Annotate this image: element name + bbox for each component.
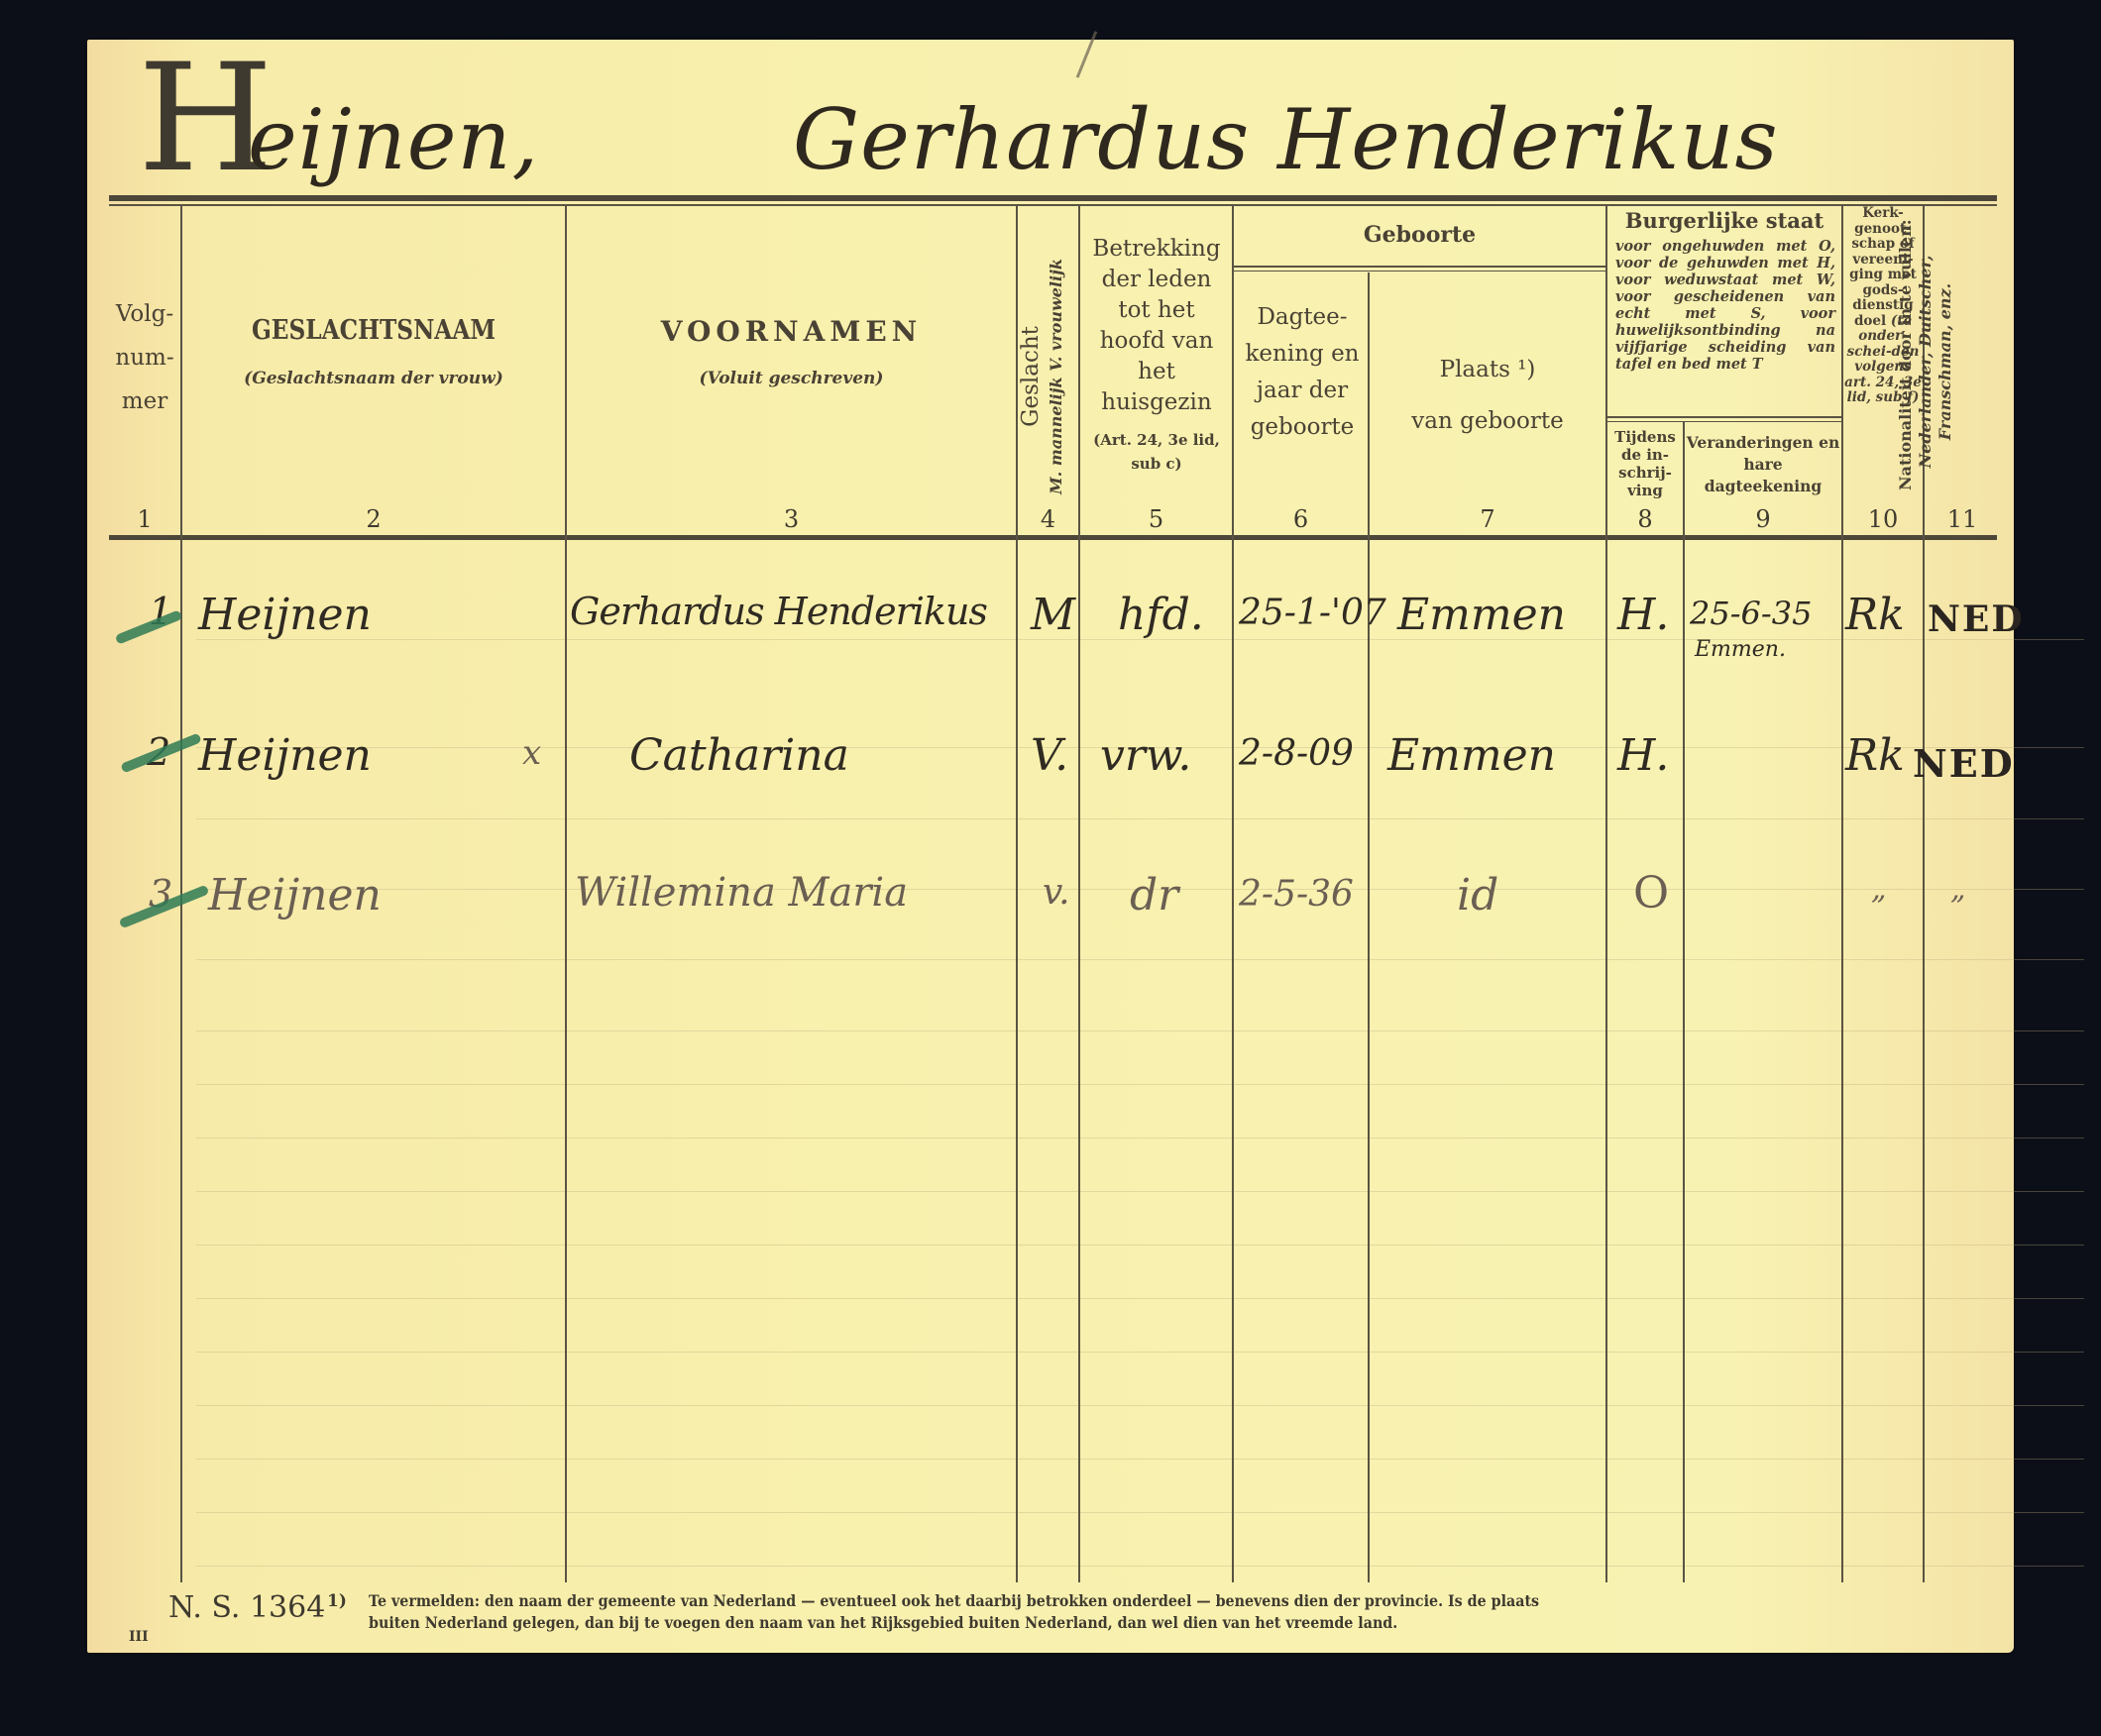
header-geslachtsnaam: GESLACHTSNAAM [209, 315, 538, 346]
header-voornamen: VOORNAMEN [567, 315, 1016, 348]
row-nationaliteit: „ [1950, 872, 1966, 907]
ruled-line [196, 1245, 2084, 1246]
ruled-line [196, 1352, 2084, 1353]
row-betrekking: vrw. [1100, 730, 1191, 781]
column-divider [1232, 205, 1234, 1582]
row-nationaliteit-stamp: NED [1928, 598, 2025, 640]
row-kerkgenootschap: „ [1871, 872, 1887, 907]
row-geslachtsnaam: Heijnen [208, 870, 382, 921]
column-number-10: 10 [1843, 505, 1923, 533]
header-betrekking: Betrekking der leden tot het hoofd van h… [1082, 234, 1231, 418]
column-divider [565, 205, 567, 1582]
column-number-6: 6 [1234, 505, 1368, 533]
header-geslacht: Geslacht M. mannelijk V. vrouwelijk [1018, 238, 1077, 515]
ruled-line [196, 1031, 2084, 1031]
row-geboortedatum: 2-5-36 [1239, 874, 1354, 915]
row-mark: x [522, 733, 541, 773]
row-geslacht: V. [1031, 730, 1068, 781]
row-betrekking: dr [1130, 870, 1178, 921]
header-geslacht-sub: M. mannelijk V. vrouwelijk [1044, 238, 1069, 515]
column-number-3: 3 [567, 505, 1016, 533]
footnote-line-1: Te vermelden: den naam der gemeente van … [369, 1591, 1659, 1610]
ruled-line [196, 959, 2084, 960]
row-kerkgenootschap: Rk [1845, 730, 1905, 781]
ruled-line [196, 1405, 2084, 1406]
header-burgerlijke-staat: Burgerlijke staat [1607, 208, 1841, 233]
title-given-names: Gerhardus Henderikus [793, 91, 1779, 188]
row-nationaliteit-stamp: NED [1913, 741, 2015, 786]
ruled-line [196, 818, 2084, 819]
header-nationaliteit-label: Nationaliteit door in te vullen: [1896, 233, 1916, 490]
column-number-5: 5 [1080, 505, 1232, 533]
geboorte-rule [1233, 266, 1605, 268]
title-surname: eijnen, [248, 91, 539, 188]
header-geslacht-label: Geslacht [1018, 238, 1044, 515]
row-betrekking: hfd. [1118, 590, 1204, 640]
row-kerkgenootschap: Rk [1845, 590, 1905, 640]
row-voornamen: Willemina Maria [575, 870, 908, 916]
header-veranderingen: Veranderingen en hare dagteekening [1685, 432, 1841, 497]
footnote-line-2: buiten Nederland gelegen, dan bij te voe… [369, 1613, 1659, 1632]
column-divider [1683, 421, 1685, 1582]
row-burgerlijke-staat: O [1633, 868, 1669, 919]
column-divider [1078, 205, 1080, 1582]
form-series: III [129, 1629, 149, 1645]
row-geboorteplaats: Emmen [1387, 730, 1556, 781]
header-volgnummer: Volg- num- mer [109, 292, 180, 423]
header-bottom-rule [109, 535, 1997, 540]
row-geboorteplaats: Emmen [1397, 590, 1566, 640]
column-number-8: 8 [1607, 505, 1683, 533]
header-burgerlijke-description: voor ongehuwden met O, voor de gehuwden … [1615, 238, 1835, 373]
ruled-line [196, 1298, 2084, 1299]
column-number-4: 4 [1018, 505, 1078, 533]
geboorte-rule-thin [1233, 271, 1605, 271]
row-geboortedatum: 25-1-'07 [1239, 593, 1386, 633]
ruled-line [196, 1459, 2084, 1460]
burgerlijke-rule [1606, 416, 1841, 418]
row-veranderingen: 25-6-35 [1690, 595, 1812, 632]
title-rule [109, 195, 1997, 201]
footnote-marker: 1) [327, 1591, 347, 1611]
ruled-line [196, 1191, 2084, 1192]
row-voornamen: Gerhardus Henderikus [570, 590, 987, 633]
header-plaats-sub: van geboorte [1370, 408, 1605, 434]
row-veranderingen-plaats: Emmen. [1695, 637, 1786, 662]
row-geboorteplaats: id [1457, 870, 1498, 921]
column-divider [1841, 205, 1843, 1582]
ruled-line [196, 1084, 2084, 1085]
header-geslachtsnaam-sub: (Geslachtsnaam der vrouw) [182, 369, 565, 388]
row-geslacht: v. [1043, 872, 1070, 913]
column-number-7: 7 [1370, 505, 1605, 533]
header-plaats: Plaats ¹) [1370, 357, 1605, 382]
form-code: N. S. 1364 [168, 1590, 325, 1625]
row-geslachtsnaam: Heijnen [198, 590, 372, 640]
ruled-line [196, 1566, 2084, 1567]
ruled-line [196, 1512, 2084, 1513]
header-nationaliteit-sub: Nederlander, Duitscher, Franschman, enz. [1916, 233, 1955, 490]
header-geboorte: Geboorte [1234, 222, 1605, 248]
ruled-line [196, 1138, 2084, 1139]
row-geboortedatum: 2-8-09 [1239, 733, 1354, 774]
header-nationaliteit: Nationaliteit door in te vullen: Nederla… [1896, 233, 1965, 490]
header-betrekking-sub: (Art. 24, 3e lid, sub c) [1082, 428, 1231, 476]
row-geslachtsnaam: Heijnen [198, 730, 372, 781]
header-tijdens-inschrijving: Tijdens de in-schrij-ving [1607, 428, 1683, 499]
column-number-9: 9 [1685, 505, 1841, 533]
header-voornamen-sub: (Voluit geschreven) [567, 369, 1016, 388]
row-burgerlijke-staat: H. [1617, 730, 1669, 781]
title-rule-thin [109, 204, 1997, 206]
column-divider [1368, 272, 1370, 1582]
header-dagteekening: Dagtee-kening en jaar der geboorte [1239, 299, 1366, 446]
column-divider [1605, 205, 1607, 1582]
column-number-1: 1 [109, 505, 180, 533]
row-geslacht: M [1031, 590, 1075, 640]
column-number-11: 11 [1925, 505, 2000, 533]
column-number-2: 2 [182, 505, 565, 533]
burgerlijke-rule-thin [1606, 421, 1841, 422]
row-voornamen: Catharina [629, 730, 849, 781]
row-burgerlijke-staat: H. [1617, 590, 1669, 640]
